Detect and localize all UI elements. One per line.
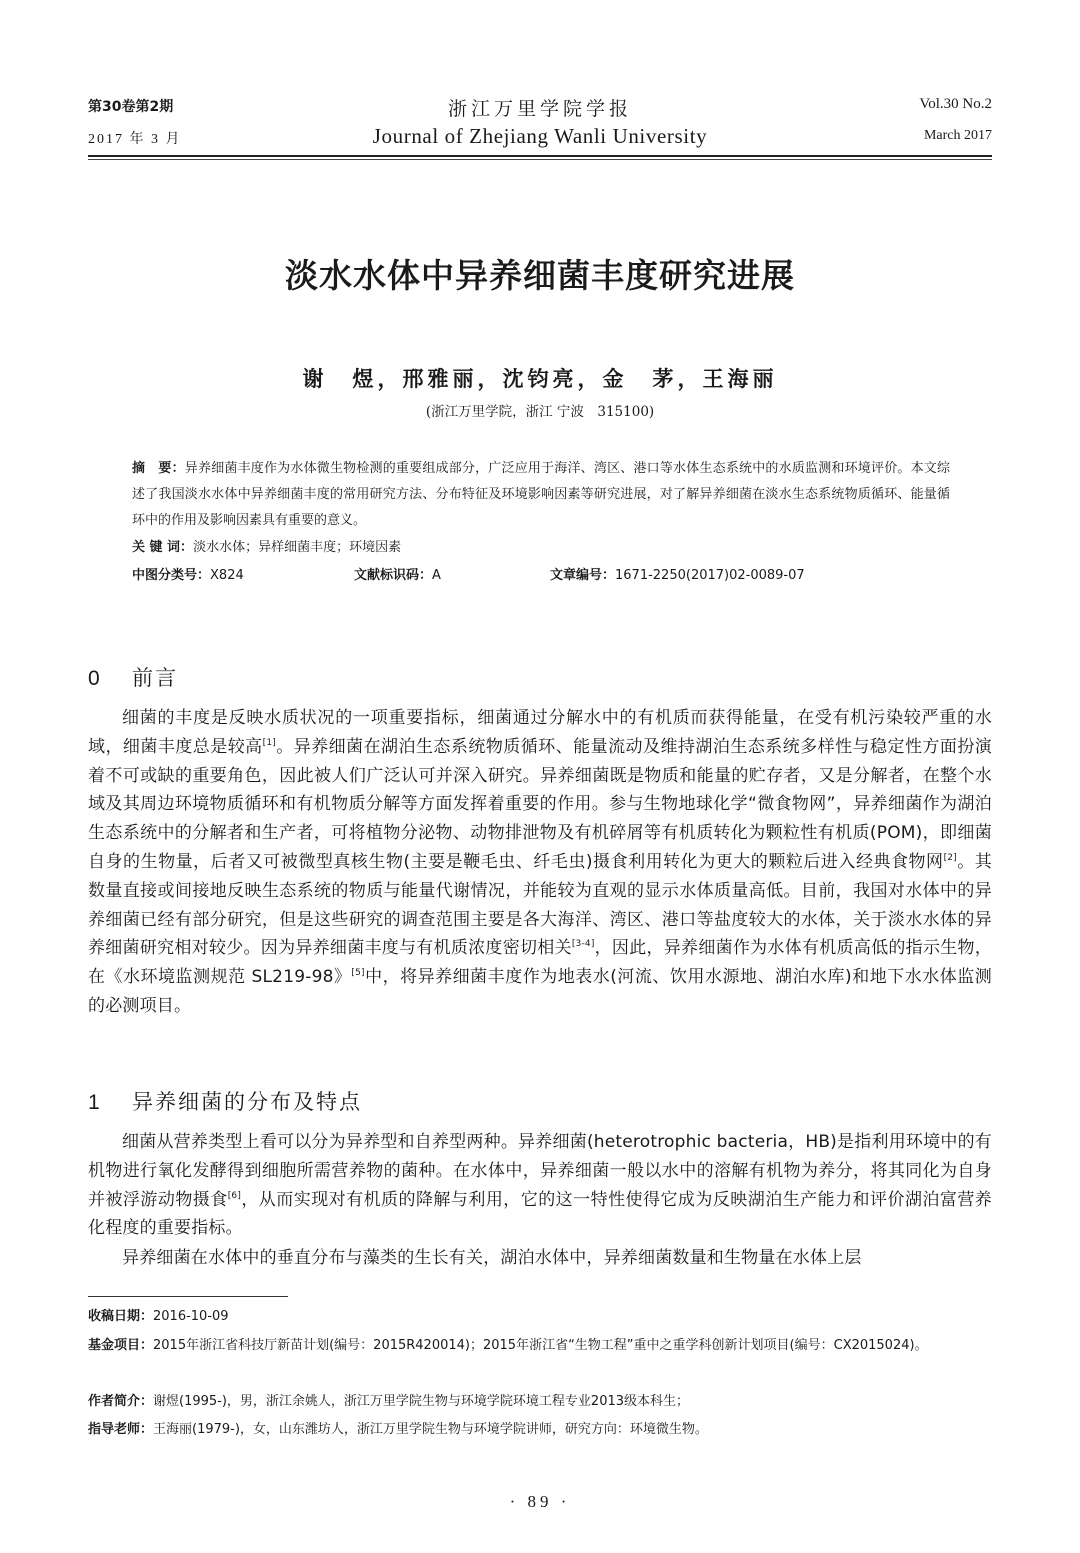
citation-ref[interactable]: [5] bbox=[351, 968, 364, 978]
section-heading-0: 0前言 bbox=[88, 662, 178, 692]
fund-label: 基金项目： bbox=[88, 1338, 153, 1353]
article-number: 文章编号：1671-2250(2017)02-0089-07 bbox=[550, 564, 805, 583]
abstract-label: 摘 要： bbox=[132, 461, 185, 476]
section-heading-1: 1异养细菌的分布及特点 bbox=[88, 1086, 362, 1116]
section-title: 前言 bbox=[132, 666, 178, 690]
section-number: 1 bbox=[88, 1091, 132, 1115]
clc-number: 中图分类号：X824 bbox=[132, 564, 244, 583]
fund-value: 2015年浙江省科技厅新苗计划(编号：2015R420014)；2015年浙江省… bbox=[153, 1338, 928, 1353]
doc-code-label: 文献标识码： bbox=[354, 568, 432, 583]
body-paragraph: 异养细菌在水体中的垂直分布与藻类的生长有关，湖泊水体中，异养细菌数量和生物量在水… bbox=[88, 1244, 992, 1273]
affiliation: (浙江万里学院，浙江 宁波 315100) bbox=[0, 400, 1080, 420]
header-rule-thin bbox=[88, 159, 992, 160]
section-number: 0 bbox=[88, 667, 132, 691]
received-label: 收稿日期： bbox=[88, 1309, 153, 1324]
citation-ref[interactable]: [1] bbox=[263, 738, 276, 748]
abstract: 摘 要：异养细菌丰度作为水体微生物检测的重要组成部分，广泛应用于海洋、湾区、港口… bbox=[132, 456, 950, 534]
author-value: 谢煜(1995-)，男，浙江余姚人，浙江万里学院生物与环境学院环境工程专业201… bbox=[153, 1394, 689, 1409]
keywords-text: 淡水水体；异样细菌丰度；环境因素 bbox=[193, 540, 401, 555]
article-no-label: 文章编号： bbox=[550, 568, 615, 583]
received-value: 2016-10-09 bbox=[153, 1309, 229, 1324]
date-en: March 2017 bbox=[924, 128, 992, 144]
paper-title: 淡水水体中异养细菌丰度研究进展 bbox=[0, 250, 1080, 297]
citation-ref[interactable]: [2] bbox=[944, 853, 957, 863]
text-run: 异养细菌在水体中的垂直分布与藻类的生长有关，湖泊水体中，异养细菌数量和生物量在水… bbox=[122, 1248, 862, 1268]
clc-value: X824 bbox=[210, 568, 244, 583]
document-code: 文献标识码：A bbox=[354, 564, 441, 583]
footnote-advisor: 指导老师：王海丽(1979-)，女，山东潍坊人，浙江万里学院生物与环境学院讲师，… bbox=[88, 1417, 992, 1443]
advisor-value: 王海丽(1979-)，女，山东潍坊人，浙江万里学院生物与环境学院讲师，研究方向：… bbox=[153, 1422, 708, 1437]
header-rule-thick bbox=[88, 155, 992, 157]
author-list: 谢 煜，邢雅丽，沈钧亮，金 茅，王海丽 bbox=[0, 363, 1080, 393]
journal-name-cn: 浙江万里学院学报 bbox=[88, 94, 992, 121]
keywords-label: 关 键 词： bbox=[132, 540, 193, 555]
footnote-author: 作者简介：谢煜(1995-)，男，浙江余姚人，浙江万里学院生物与环境学院环境工程… bbox=[88, 1389, 992, 1415]
abstract-text: 异养细菌丰度作为水体微生物检测的重要组成部分，广泛应用于海洋、湾区、港口等水体生… bbox=[132, 461, 950, 528]
doc-code-value: A bbox=[432, 568, 441, 583]
body-paragraph: 细菌从营养类型上看可以分为异养型和自养型两种。异养细菌(heterotrophi… bbox=[88, 1128, 992, 1243]
text-run: 。异养细菌在湖泊生态系统物质循环、能量流动及维持湖泊生态系统多样性与稳定性方面扮… bbox=[88, 737, 992, 872]
body-paragraph: 细菌的丰度是反映水质状况的一项重要指标，细菌通过分解水中的有机质而获得能量，在受… bbox=[88, 704, 992, 1021]
clc-label: 中图分类号： bbox=[132, 568, 210, 583]
journal-name-en: Journal of Zhejiang Wanli University bbox=[88, 124, 992, 149]
citation-ref[interactable]: [6] bbox=[228, 1191, 241, 1201]
keywords: 关 键 词：淡水水体；异样细菌丰度；环境因素 bbox=[132, 536, 401, 555]
section-title: 异养细菌的分布及特点 bbox=[132, 1090, 362, 1114]
paper-page: 第30卷第2期 2017 年 3 月 浙江万里学院学报 Journal of Z… bbox=[0, 0, 1080, 1553]
article-no-value: 1671-2250(2017)02-0089-07 bbox=[615, 568, 805, 583]
volume-issue-en: Vol.30 No.2 bbox=[919, 96, 992, 113]
footnote-received: 收稿日期：2016-10-09 bbox=[88, 1304, 992, 1330]
running-header: 第30卷第2期 2017 年 3 月 浙江万里学院学报 Journal of Z… bbox=[88, 96, 992, 158]
page-number: · 89 · bbox=[0, 1492, 1080, 1512]
citation-ref[interactable]: [3-4] bbox=[572, 939, 595, 949]
footnote-rule bbox=[88, 1296, 288, 1297]
advisor-label: 指导老师： bbox=[88, 1422, 153, 1437]
footnote-fund: 基金项目：2015年浙江省科技厅新苗计划(编号：2015R420014)；201… bbox=[88, 1333, 992, 1359]
author-label: 作者简介： bbox=[88, 1394, 153, 1409]
